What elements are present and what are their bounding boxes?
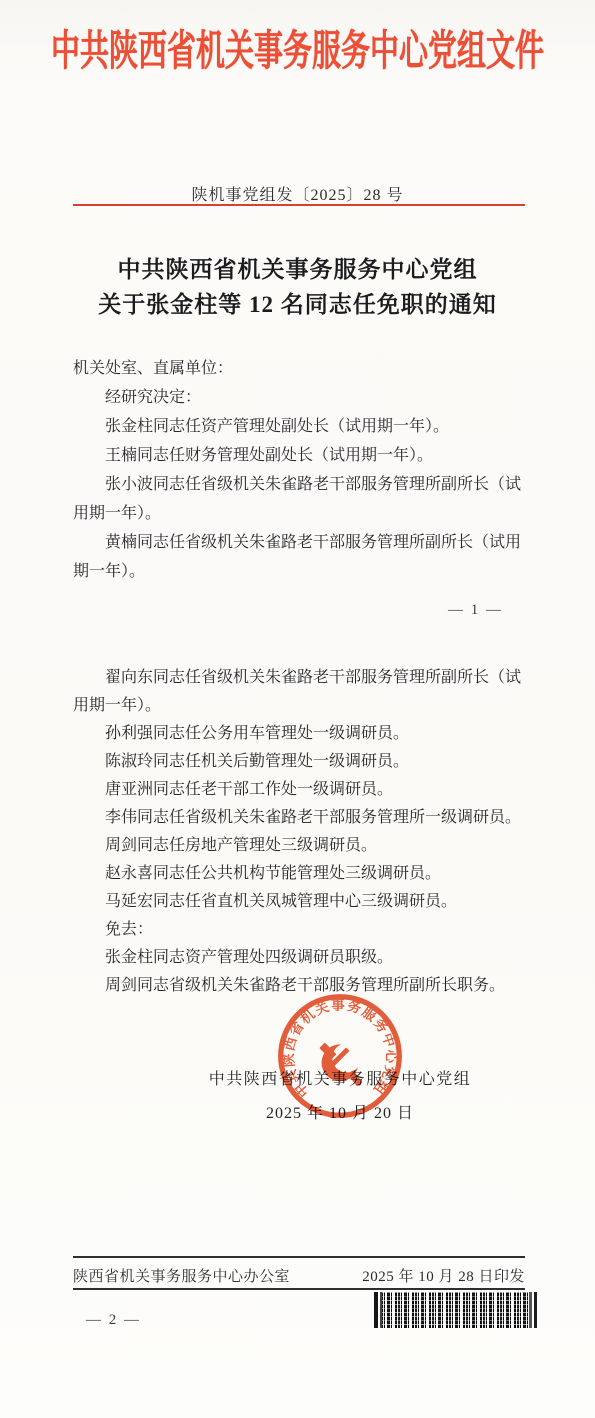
- document-title: 中共陕西省机关事务服务中心党组 关于张金柱等 12 名同志任免职的通知: [0, 252, 595, 322]
- footer-print-date: 2025 年 10 月 28 日印发: [362, 1265, 525, 1286]
- document-page: 中共陕西省机关事务服务中心党组文件 陕机事党组发〔2025〕28 号 中共陕西省…: [0, 0, 595, 1418]
- document-title-line2: 关于张金柱等 12 名同志任免职的通知: [0, 287, 595, 322]
- body-paragraph: 张小波同志任省级机关朱雀路老干部服务管理所副所长（试用期一年）。: [73, 470, 525, 528]
- barcode: [374, 1292, 537, 1328]
- footer-office: 陕西省机关事务服务中心办公室: [73, 1265, 290, 1286]
- body-paragraph: 经研究决定：: [73, 383, 525, 412]
- body-paragraph: 唐亚洲同志任老干部工作处一级调研员。: [73, 776, 525, 804]
- body-paragraph: 张金柱同志资产管理处四级调研员职级。: [73, 944, 525, 972]
- footer-divider-top: [73, 1256, 525, 1258]
- body-paragraph: 翟向东同志任省级机关朱雀路老干部服务管理所副所长（试用期一年）。: [73, 664, 525, 720]
- page-number-1: — 1 —: [448, 602, 503, 619]
- salutation: 机关处室、直属单位：: [73, 354, 525, 383]
- body-paragraph: 马延宏同志任省直机关凤城管理中心三级调研员。: [73, 888, 525, 916]
- page-number-2: — 2 —: [86, 1312, 141, 1329]
- red-divider-line: [73, 204, 525, 206]
- body-paragraph: 孙利强同志任公务用车管理处一级调研员。: [73, 720, 525, 748]
- body-paragraph: 周剑同志任房地产管理处三级调研员。: [73, 832, 525, 860]
- body-paragraph: 免去：: [73, 916, 525, 944]
- masthead-title: 中共陕西省机关事务服务中心党组文件: [0, 9, 595, 96]
- document-title-line1: 中共陕西省机关事务服务中心党组: [0, 252, 595, 287]
- body-paragraph: 赵永喜同志任公共机构节能管理处三级调研员。: [73, 860, 525, 888]
- body-page1: 机关处室、直属单位： 经研究决定： 张金柱同志任资产管理处副处长（试用期一年）。…: [73, 354, 525, 586]
- body-paragraph: 陈淑玲同志任机关后勤管理处一级调研员。: [73, 748, 525, 776]
- body-paragraph: 李伟同志任省级机关朱雀路老干部服务管理所一级调研员。: [73, 804, 525, 832]
- body-page2: 翟向东同志任省级机关朱雀路老干部服务管理所副所长（试用期一年）。 孙利强同志任公…: [73, 664, 525, 1000]
- hammer-sickle-icon: [319, 1043, 362, 1087]
- footer-row: 陕西省机关事务服务中心办公室 2025 年 10 月 28 日印发: [73, 1264, 525, 1286]
- body-paragraph: 黄楠同志任省级机关朱雀路老干部服务管理所副所长（试用期一年）。: [73, 528, 525, 586]
- official-seal: 中共陕西省机关事务服务中心党组: [272, 988, 408, 1124]
- document-number: 陕机事党组发〔2025〕28 号: [0, 182, 595, 205]
- body-paragraph: 张金柱同志任资产管理处副处长（试用期一年）。: [73, 412, 525, 441]
- body-paragraph: 王楠同志任财务管理处副处长（试用期一年）。: [73, 441, 525, 470]
- footer-divider-bottom: [73, 1288, 525, 1290]
